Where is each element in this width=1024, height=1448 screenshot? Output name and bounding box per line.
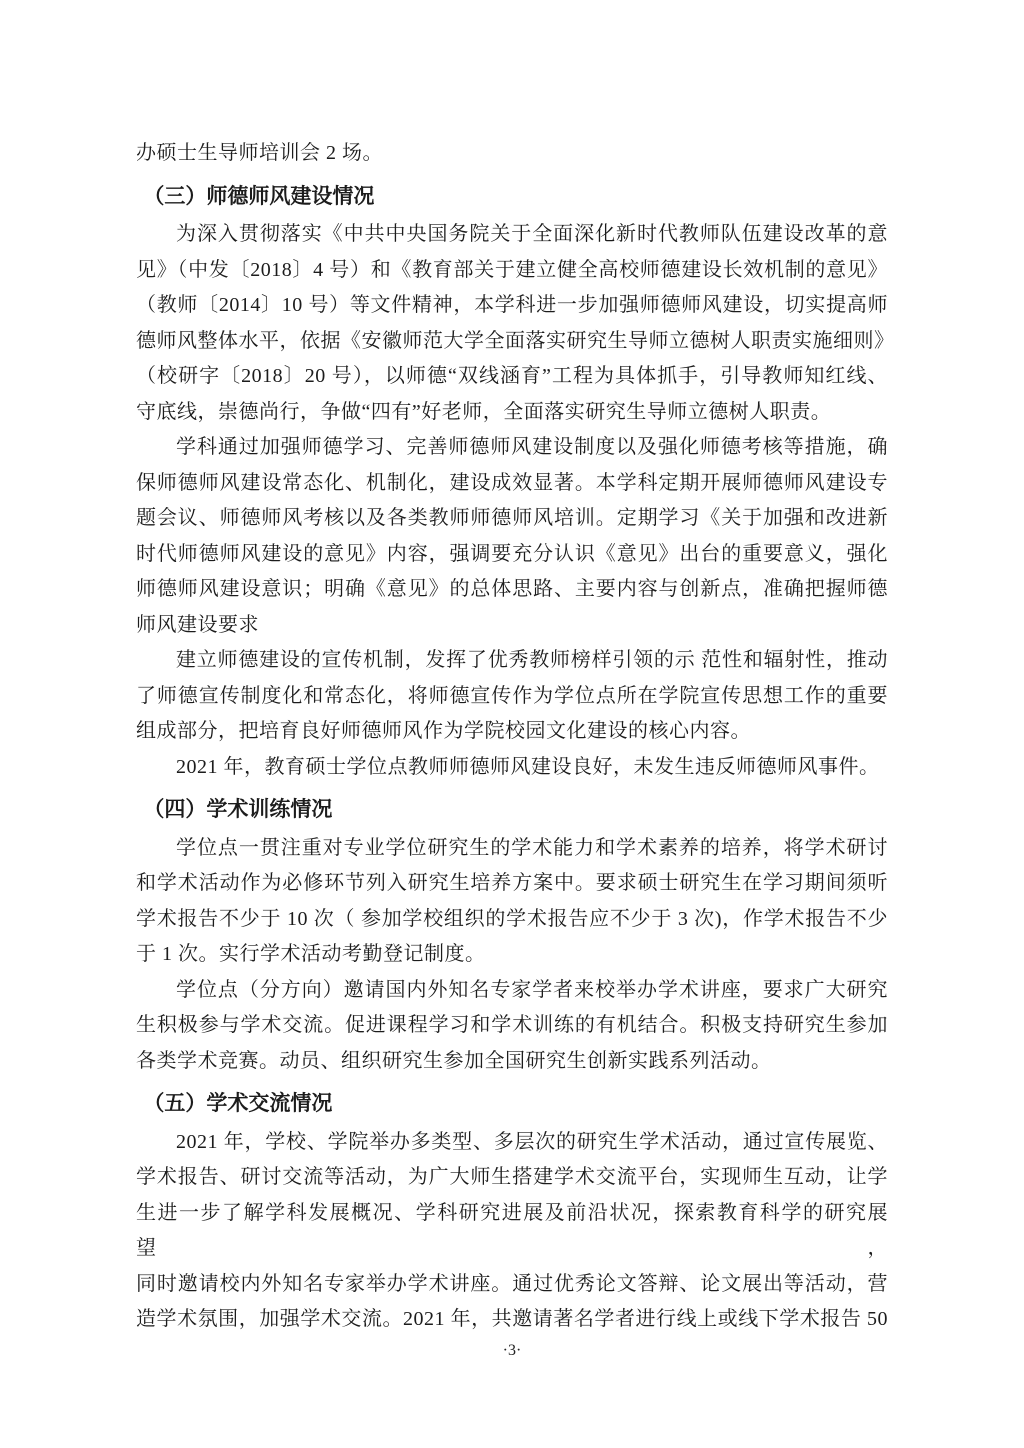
text-line: 为深入贯彻落实《中共中央国务院关于全面深化新时代教师队伍建设改革的意 [136, 217, 888, 253]
text-line: 学术报告不少于 10 次（ 参加学校组织的学术报告应不少于 3 次)，作学术报告… [136, 902, 888, 938]
text-line: 同时邀请校内外知名专家举办学术讲座。通过优秀论文答辩、论文展出等活动，营 [136, 1267, 888, 1303]
text-line: 学位点一贯注重对专业学位研究生的学术能力和学术素养的培养，将学术研讨 [136, 831, 888, 867]
text-line: 2021 年，教育硕士学位点教师师德师风建设良好，未发生违反师德师风事件。 [136, 750, 888, 786]
text-line: （校研字〔2018〕20 号），以师德“双线涵育”工程为具体抓手，引导教师知红线… [136, 359, 888, 395]
document-page: 办硕士生导师培训会 2 场。 （三）师德师风建设情况 为深入贯彻落实《中共中央国… [0, 0, 1024, 1448]
text-line: 生进一步了解学科发展概况、学科研究进展及前沿状况，探索教育科学的研究展望， [136, 1196, 888, 1267]
text-line: 师德师风建设意识；明确《意见》的总体思路、主要内容与创新点，准确把握师德 [136, 572, 888, 608]
text-line: 学位点（分方向）邀请国内外知名专家学者来校举办学术讲座，要求广大研究 [136, 973, 888, 1009]
text-line: 保师德师风建设常态化、机制化，建设成效显著。本学科定期开展师德师风建设专 [136, 466, 888, 502]
text-line: 见》（中发〔2018〕4 号）和《教育部关于建立健全高校师德建设长效机制的意见》 [136, 253, 888, 289]
text-line: 守底线，崇德尚行，争做“四有”好老师，全面落实研究生导师立德树人职责。 [136, 395, 888, 431]
text-line: 学术报告、研讨交流等活动，为广大师生搭建学术交流平台，实现师生互动，让学 [136, 1160, 888, 1196]
text-line: 于 1 次。实行学术活动考勤登记制度。 [136, 937, 888, 973]
section-heading-5: （五）学术交流情况 [136, 1086, 888, 1122]
section-heading-3: （三）师德师风建设情况 [136, 179, 888, 215]
text-line: 和学术活动作为必修环节列入研究生培养方案中。要求硕士研究生在学习期间须听 [136, 866, 888, 902]
text-line: 题会议、师德师风考核以及各类教师师德师风培训。定期学习《关于加强和改进新 [136, 501, 888, 537]
page-content: 办硕士生导师培训会 2 场。 （三）师德师风建设情况 为深入贯彻落实《中共中央国… [136, 136, 888, 1338]
text-line: 组成部分，把培育良好师德师风作为学院校园文化建设的核心内容。 [136, 714, 888, 750]
text-line: 2021 年，学校、学院举办多类型、多层次的研究生学术活动，通过宣传展览、 [136, 1125, 888, 1161]
text-line: 德师风整体水平，依据《安徽师范大学全面落实研究生导师立德树人职责实施细则》 [136, 324, 888, 360]
text-line: 了师德宣传制度化和常态化，将师德宣传作为学位点所在学院宣传思想工作的重要 [136, 679, 888, 715]
text-line: 时代师德师风建设的意见》内容，强调要充分认识《意见》出台的重要意义，强化 [136, 537, 888, 573]
text-line: 造学术氛围，加强学术交流。2021 年，共邀请著名学者进行线上或线下学术报告 5… [136, 1302, 888, 1338]
text-line: （教师〔2014〕10 号）等文件精神，本学科进一步加强师德师风建设，切实提高师 [136, 288, 888, 324]
text-line: 各类学术竞赛。动员、组织研究生参加全国研究生创新实践系列活动。 [136, 1044, 888, 1080]
text-line: 生积极参与学术交流。促进课程学习和学术训练的有机结合。积极支持研究生参加 [136, 1008, 888, 1044]
text-line: 学科通过加强师德学习、完善师德师风建设制度以及强化师德考核等措施，确 [136, 430, 888, 466]
text-line: 办硕士生导师培训会 2 场。 [136, 136, 888, 172]
text-line: 师风建设要求 [136, 608, 888, 644]
page-number: ·3· [0, 1342, 1024, 1360]
section-heading-4: （四）学术训练情况 [136, 792, 888, 828]
text-line: 建立师德建设的宣传机制，发挥了优秀教师榜样引领的示 范性和辐射性，推动 [136, 643, 888, 679]
